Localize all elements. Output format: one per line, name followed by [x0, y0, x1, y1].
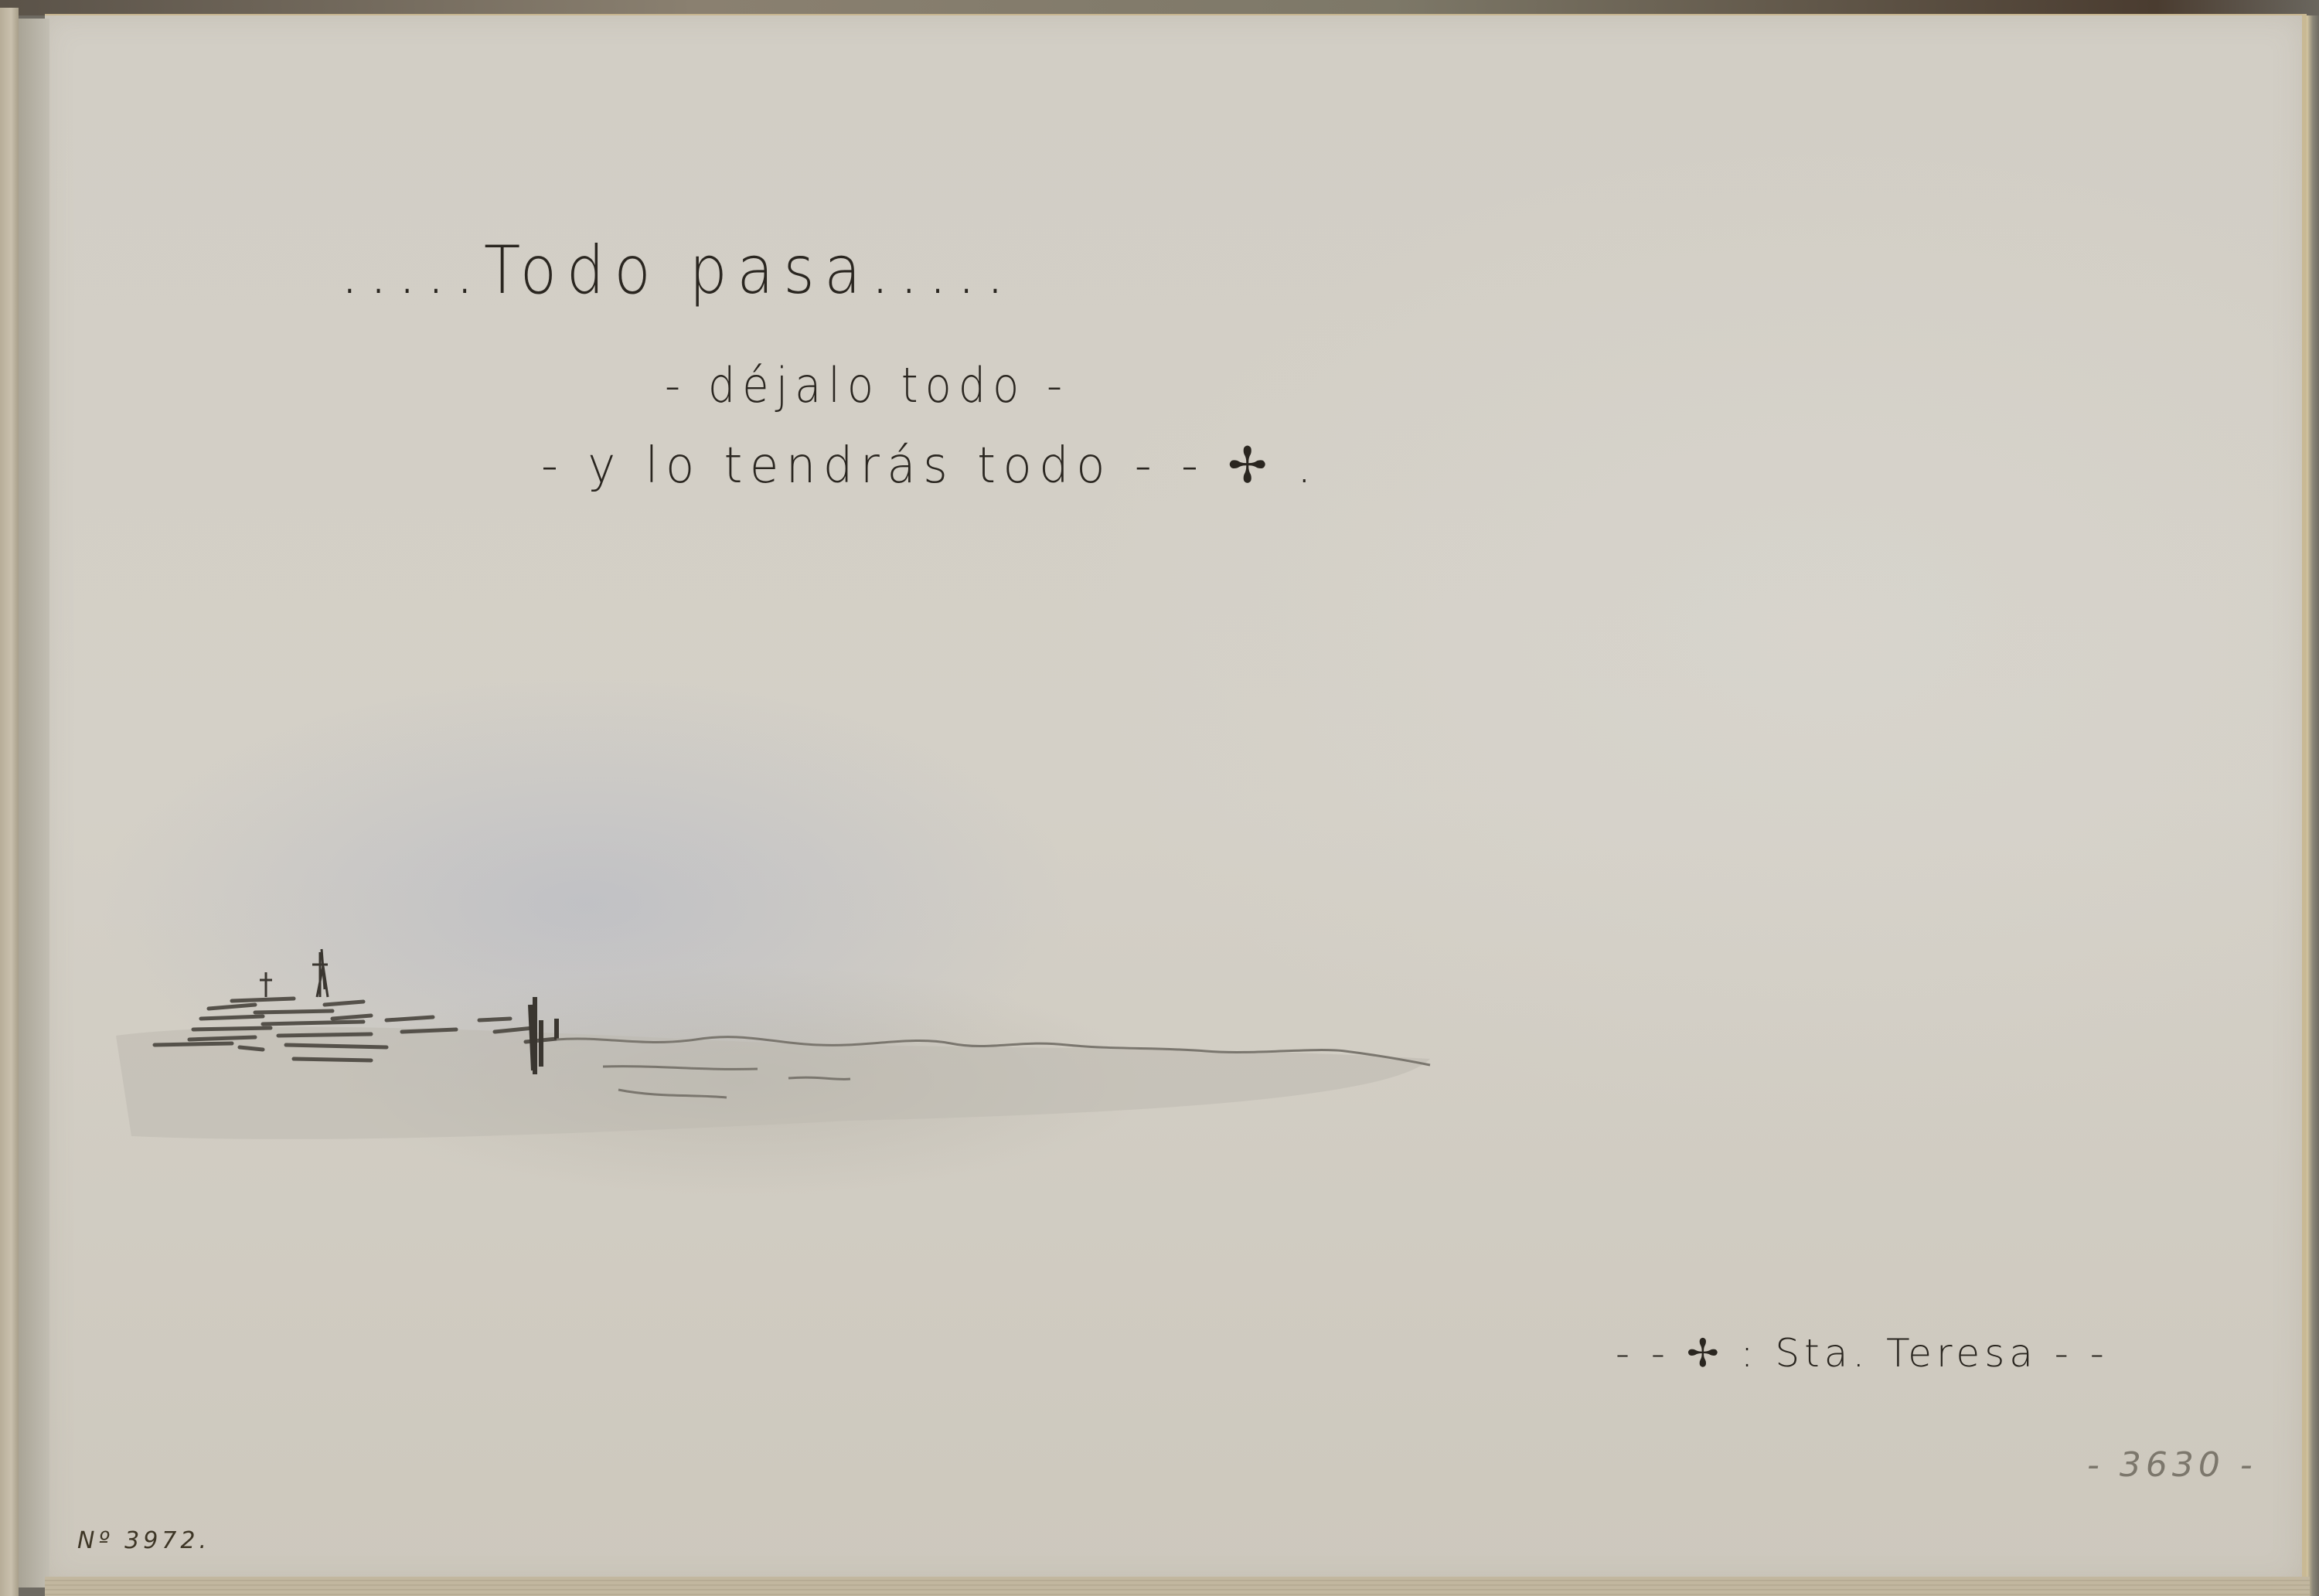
page-stack	[45, 1577, 2310, 1596]
signature-sta-teresa: - - ✢ : Sta. Teresa - -	[1616, 1331, 2109, 1376]
inscription-line-3: - y lo tendrás todo - - ✢ .	[541, 437, 1319, 495]
book-spine	[0, 8, 19, 1596]
inventory-number: Nº 3972.	[77, 1527, 210, 1554]
inscription-line-1: .....Todo pasa.....	[340, 232, 1014, 309]
page-gutter	[19, 19, 49, 1587]
page-edge	[2307, 15, 2319, 1596]
catalog-number: - 3630 -	[2087, 1445, 2257, 1485]
inscription-line-2: - déjalo todo -	[665, 357, 1069, 413]
scanner-backdrop	[0, 0, 2319, 15]
